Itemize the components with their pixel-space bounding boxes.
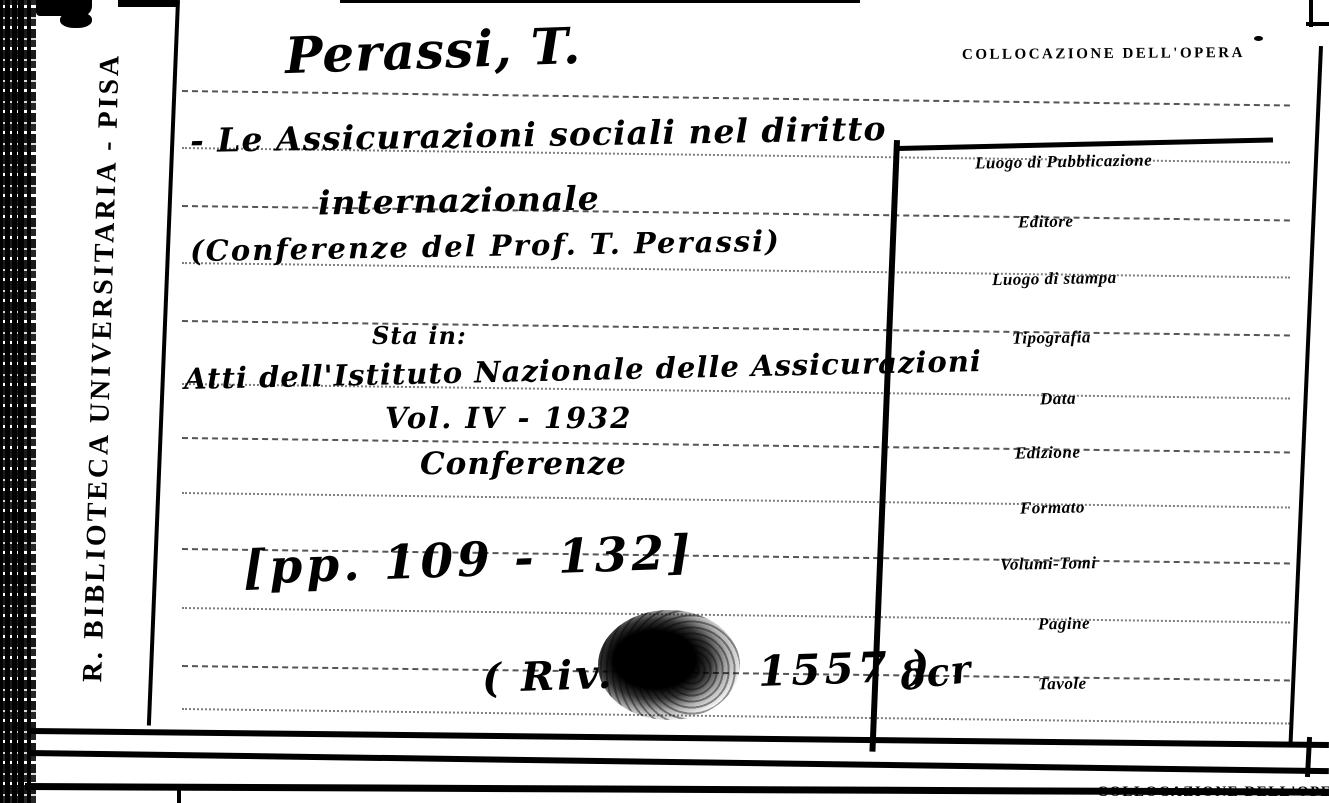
ruled-line xyxy=(182,90,1290,107)
fields-box-top-border xyxy=(897,137,1273,151)
scan-blob-top-left-2 xyxy=(60,12,92,28)
next-card-divider xyxy=(177,789,181,803)
ruled-line xyxy=(182,607,1290,624)
ruled-line xyxy=(182,320,1290,337)
field-label-tipografia: Tipografia xyxy=(1012,327,1091,348)
catalog-card-scan: R. BIBLIOTECA UNIVERSITARIA - PISA Peras… xyxy=(0,0,1329,803)
card-bottom-edge-1 xyxy=(30,728,1329,748)
ruled-line xyxy=(182,437,1290,454)
card-right-border xyxy=(1288,46,1323,748)
field-label-volumi-tomi: Volumi-Tomi xyxy=(1000,553,1097,575)
collocation-header-top: COLLOCAZIONE DELL'OPERA xyxy=(962,45,1245,64)
field-label-formato: Formato xyxy=(1020,497,1085,518)
series-note: Conferenze xyxy=(420,449,627,480)
library-name-vertical-wrap: R. BIBLIOTECA UNIVERSITARIA - PISA xyxy=(76,6,174,730)
ruled-line xyxy=(182,708,1290,725)
page-range: [pp. 109 - 132] xyxy=(242,529,695,592)
ink-stamp-blob xyxy=(598,610,740,720)
scan-edge-band xyxy=(0,0,36,803)
author-heading: Perassi, T. xyxy=(284,21,582,81)
field-label-editore: Editore xyxy=(1018,212,1074,233)
contained-in-label: Sta in: xyxy=(372,324,467,348)
corner-bracket-top-right-h xyxy=(1306,22,1329,26)
field-label-data: Data xyxy=(1040,389,1076,410)
title-line-2: internazionale xyxy=(318,182,600,220)
field-label-luogo-di-pubblicazione: Luogo di Pubblicazione xyxy=(975,150,1153,173)
top-edge-line xyxy=(340,0,860,3)
field-label-luogo-di-stampa: Luogo di stampa xyxy=(992,268,1117,290)
field-label-edizione: Edizione xyxy=(1015,442,1081,463)
subtitle-note: (Conferenze del Prof. T. Perassi) xyxy=(190,227,781,266)
collocation-header-bottom: COLLOCAZIONE DELL'OPERA xyxy=(1097,784,1329,801)
ink-speck xyxy=(1254,36,1263,41)
source-title: Atti dell'Istituto Nazionale delle Assic… xyxy=(184,347,982,394)
volume-year: Vol. IV - 1932 xyxy=(385,404,632,433)
field-label-tavole: Tavole xyxy=(1038,674,1087,695)
library-name-vertical: R. BIBLIOTECA UNIVERSITARIA - PISA xyxy=(76,6,174,730)
title-line-1: - Le Assicurazioni sociali nel diritto xyxy=(190,112,887,157)
ruled-line xyxy=(182,492,1290,509)
field-label-pagine: Pagine xyxy=(1038,614,1090,635)
card-bottom-edge-2 xyxy=(28,750,1329,774)
cataloguer-initials: δcr xyxy=(898,650,974,696)
